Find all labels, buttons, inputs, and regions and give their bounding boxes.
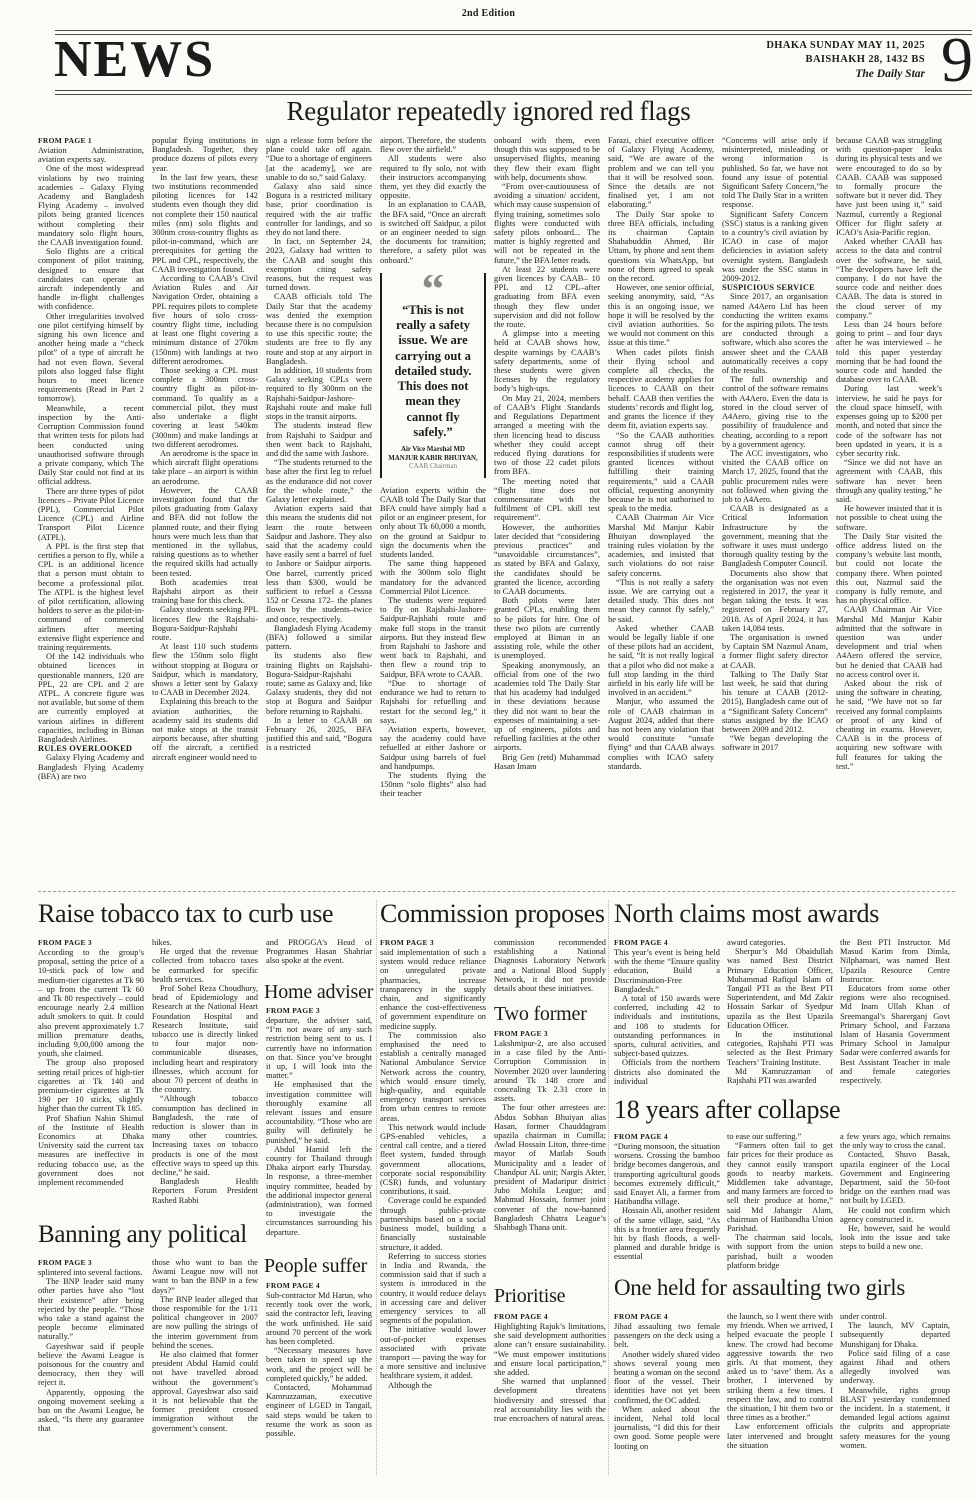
prioritise-kicker: FROM PAGE 4 [494,1312,606,1321]
home-adviser-kicker: FROM PAGE 3 [266,1006,372,1015]
lead-column-4-top-text: airport. Therefore, the students flew ov… [380,136,486,265]
tobacco-column-3: and PROGGA’s Head of Programmes Hasan Sh… [266,938,372,980]
pull-quote-role: CAAB Chairman [387,463,479,471]
date-line: DHAKA SUNDAY MAY 11, 2025 [766,40,925,51]
people-suffer-text: Sub-contractor Md Harun, who recently to… [266,1291,372,1438]
tobacco-column-1: FROM PAGE 3 According to the group’s pro… [38,938,144,1235]
tobacco-kicker: FROM PAGE 3 [38,938,144,947]
people-suffer-column: FROM PAGE 4 Sub-contractor Md Harun, who… [266,1281,372,1449]
one-held-column-1-text: Jihad assaulting two female passengers o… [614,1322,720,1451]
one-held-column-3: under control.The launch, MV Captain, su… [840,1312,950,1480]
two-former-text: Lakshmipur-2, are also accused in a case… [494,1039,606,1232]
headline-prioritise: Prioritise [494,1286,565,1306]
home-adviser-text: departure, the adviser said, “I’m not aw… [266,1016,372,1237]
commission-column-1-text: said implementation of such a system wou… [380,948,486,1390]
one-held-kicker: FROM PAGE 4 [614,1312,720,1321]
headline-banning: Banning any political [38,1222,247,1248]
collapse-kicker: FROM PAGE 4 [614,1132,720,1141]
commission-kicker: FROM PAGE 3 [380,938,486,947]
commission-column-2: commission recommended establishing a Na… [494,938,606,998]
lead-column-1-text: Aviation Administration, aviation expert… [38,146,144,781]
section-title: NEWS [54,34,215,86]
tobacco-column-1-text: According to the group’s proposal, setti… [38,948,144,1187]
pull-quote: “ “This is not really a safety issue. We… [380,273,486,478]
lead-column-6: Farazi, chief executive officer of Galax… [608,136,714,886]
headline-tobacco: Raise tobacco tax to curb use [38,900,333,927]
banning-column-1: FROM PAGE 3 splintered into several fact… [38,1258,144,1480]
vertical-divider-left [376,900,377,1475]
headline-collapse: 18 years after collapse [614,1096,840,1123]
banning-column-1-text: splintered into several factions.The BNP… [38,1268,144,1434]
north-column-1-text: This year’s event is being held with the… [614,948,720,1086]
lead-kicker: FROM PAGE 1 [38,136,144,145]
lead-column-2: popular flying institutions in Banglades… [152,136,258,886]
headline-one-held: One held for assaulting two girls [614,1276,905,1300]
page-number: 9 [941,28,973,92]
collapse-column-2: to ease our suffering.”“Farmers often fa… [727,1132,833,1275]
headline-two-former: Two former [494,1004,587,1024]
prioritise-column: FROM PAGE 4 Highlighting Rajuk’s limitat… [494,1312,606,1467]
north-column-1: FROM PAGE 4 This year’s event is being h… [614,938,720,1096]
headline-home-adviser: Home adviser [264,982,373,1002]
open-quote-icon: “ [387,275,479,303]
two-former-column: FROM PAGE 3 Lakshmipur-2, are also accus… [494,1029,606,1281]
headline-people-suffer: People suffer [264,1256,367,1276]
prioritise-text: Highlighting Rajuk’s limitations, she sa… [494,1322,606,1423]
one-held-column-1: FROM PAGE 4 Jihad assaulting two female … [614,1312,720,1480]
paper-name: The Daily Star [855,68,925,80]
calendar-line: BAISHAKH 28, 1432 BS [806,54,925,65]
lead-column-8: because CAAB was struggling with questio… [836,136,942,886]
people-suffer-kicker: FROM PAGE 4 [266,1281,372,1290]
pull-quote-attribution: Air Vice Marshal MD MANJUR KABIR BHUIYAN… [387,446,479,463]
lead-column-4: airport. Therefore, the students flew ov… [380,136,486,886]
lead-column-3: sign a release form before the plane cou… [266,136,372,886]
collapse-column-1: FROM PAGE 4 “During monsoon, the situati… [614,1132,720,1275]
section-divider-rule [38,891,955,892]
north-kicker: FROM PAGE 4 [614,938,720,947]
lead-column-5: onboard with them, even though this was … [494,136,600,886]
lead-headline: Regulator repeatedly ignored red flags [0,96,977,127]
headline-north: North claims most awards [614,900,879,927]
lead-column-1: FROM PAGE 1 Aviation Administration, avi… [38,136,144,886]
collapse-column-1-text: “During monsoon, the situation worsens. … [614,1142,720,1262]
edition-label: 2nd Edition [0,8,977,19]
one-held-column-2: the launch, so I went there with my frie… [727,1312,833,1480]
north-column-3: the Best PTI Instructor. Md Masud Karim … [840,938,950,1096]
collapse-column-3: a few years ago, which remains the only … [840,1132,950,1275]
newspaper-page: 2nd Edition NEWS DHAKA SUNDAY MAY 11, 20… [0,0,977,1500]
north-column-2: award categories.Sherpur’s Md Obaidullah… [727,938,833,1096]
tobacco-column-2: hikes.He urged that the revenue collecte… [152,938,258,1235]
banning-kicker: FROM PAGE 3 [38,1258,144,1267]
headline-commission: Commission proposes [380,900,605,927]
masthead-double-rule [55,90,972,95]
lead-column-4-bottom-text: Aviation experts within the CAAB told Th… [380,486,486,799]
banning-column-2: those who want to ban the Awami League n… [152,1258,258,1480]
commission-column-1: FROM PAGE 3 said implementation of such … [380,938,486,1465]
vertical-divider-right [608,900,609,1475]
two-former-kicker: FROM PAGE 3 [494,1029,606,1038]
home-adviser-column: FROM PAGE 3 departure, the adviser said,… [266,1006,372,1254]
lead-column-7: “Concerns will arise only if misinterpre… [722,136,828,886]
pull-quote-text: “This is not really a safety issue. We a… [387,303,479,440]
